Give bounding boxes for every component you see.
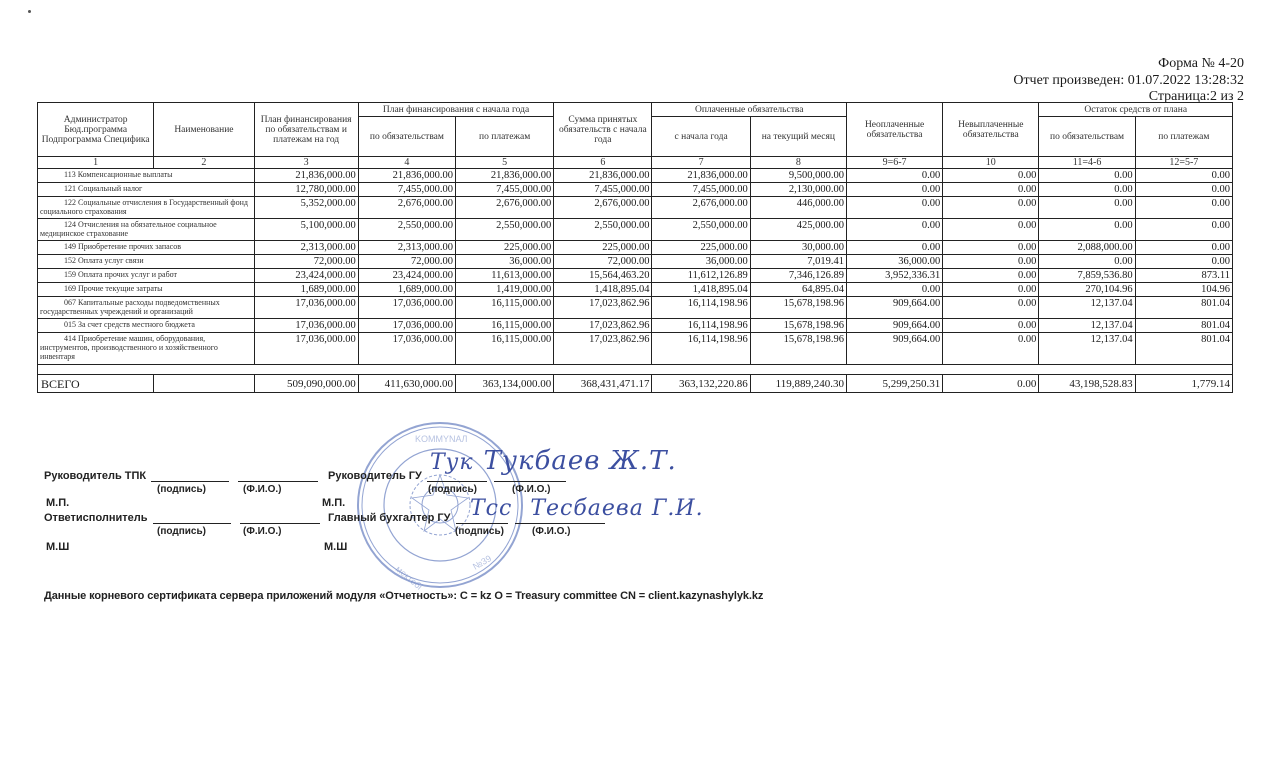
head-gu-fio-field bbox=[494, 481, 566, 482]
cell-value: 1,419,000.00 bbox=[456, 283, 554, 297]
cell-value: 2,088,000.00 bbox=[1039, 241, 1135, 255]
cell-value: 7,455,000.00 bbox=[456, 183, 554, 197]
cell-value: 104.96 bbox=[1135, 283, 1232, 297]
executor-label: Ответисполнитель bbox=[44, 512, 148, 524]
executor-msh: М.Ш bbox=[46, 541, 69, 553]
svg-text:мектебі: мектебі bbox=[394, 564, 424, 590]
chief-accountant-fio-field bbox=[515, 523, 605, 524]
cell-value: 16,114,198.96 bbox=[652, 319, 750, 333]
cell-value: 12,137.04 bbox=[1039, 319, 1135, 333]
head-tpk-mp: М.П. bbox=[46, 497, 69, 509]
total-label: ВСЕГО bbox=[38, 375, 154, 393]
header-name: Наименование bbox=[154, 103, 254, 157]
header-paid: Оплаченные обязательства bbox=[652, 103, 846, 117]
head-gu-fio-caption: (Ф.И.О.) bbox=[512, 484, 551, 495]
chief-accountant-sign-caption: (подпись) bbox=[455, 526, 504, 537]
cell-value: 7,019.41 bbox=[750, 255, 846, 269]
cell-value: 873.11 bbox=[1135, 269, 1232, 283]
cell-value: 0.00 bbox=[943, 169, 1039, 183]
chief-accountant-handwritten-signature: ТссТесбаева Г.И. bbox=[470, 496, 704, 521]
cell-value: 0.00 bbox=[846, 241, 942, 255]
head-gu-sign-caption: (подпись) bbox=[428, 484, 477, 495]
column-index: 5 bbox=[456, 157, 554, 169]
cell-value: 7,455,000.00 bbox=[358, 183, 455, 197]
header-plan-obligations: по обязательствам bbox=[358, 117, 455, 157]
cell-value: 5,100,000.00 bbox=[254, 219, 358, 241]
cell-value: 15,564,463.20 bbox=[554, 269, 652, 283]
cell-value: 21,836,000.00 bbox=[254, 169, 358, 183]
cell-value: 0.00 bbox=[943, 283, 1039, 297]
table-row: 159 Оплата прочих услуг и работ23,424,00… bbox=[38, 269, 1233, 283]
header-annual-plan: План финансирования по обязательствам и … bbox=[254, 103, 358, 157]
total-row: ВСЕГО509,090,000.00411,630,000.00363,134… bbox=[38, 375, 1233, 393]
column-index: 4 bbox=[358, 157, 455, 169]
cell-value: 15,678,198.96 bbox=[750, 333, 846, 365]
cell-value: 0.00 bbox=[1135, 219, 1232, 241]
cell-value: 17,036,000.00 bbox=[254, 319, 358, 333]
header-plan-payments: по платежам bbox=[456, 117, 554, 157]
cell-value: 446,000.00 bbox=[750, 197, 846, 219]
executor-signature-line: Ответисполнитель bbox=[44, 512, 320, 524]
header-paid-ytd: с начала года bbox=[652, 117, 750, 157]
header-paid-month: на текущий месяц bbox=[750, 117, 846, 157]
row-name: 124 Отчисления на обязательное социально… bbox=[38, 219, 255, 241]
cell-value: 0.00 bbox=[846, 169, 942, 183]
cell-value: 12,137.04 bbox=[1039, 333, 1135, 365]
row-name: 015 За счет средств местного бюджета bbox=[38, 319, 255, 333]
cell-value: 425,000.00 bbox=[750, 219, 846, 241]
total-value: 363,134,000.00 bbox=[456, 375, 554, 393]
cell-value: 2,550,000.00 bbox=[456, 219, 554, 241]
cell-value: 16,114,198.96 bbox=[652, 333, 750, 365]
cell-value: 0.00 bbox=[1039, 219, 1135, 241]
cell-value: 72,000.00 bbox=[358, 255, 455, 269]
svg-text:№39: №39 bbox=[471, 553, 493, 571]
cell-value: 2,676,000.00 bbox=[456, 197, 554, 219]
column-index-row: 123456789=6-71011=4-612=5-7 bbox=[38, 157, 1233, 169]
row-name: 122 Социальные отчисления в Государствен… bbox=[38, 197, 255, 219]
head-tpk-fio-field bbox=[238, 481, 318, 482]
total-value: 509,090,000.00 bbox=[254, 375, 358, 393]
total-value: 5,299,250.31 bbox=[846, 375, 942, 393]
executor-fio-caption: (Ф.И.О.) bbox=[243, 526, 282, 537]
cell-value: 3,952,336.31 bbox=[846, 269, 942, 283]
cell-value: 9,500,000.00 bbox=[750, 169, 846, 183]
cell-value: 36,000.00 bbox=[456, 255, 554, 269]
cell-value: 0.00 bbox=[943, 333, 1039, 365]
cell-value: 5,352,000.00 bbox=[254, 197, 358, 219]
row-name: 169 Прочие текущие затраты bbox=[38, 283, 255, 297]
cell-value: 0.00 bbox=[943, 319, 1039, 333]
cell-value: 72,000.00 bbox=[554, 255, 652, 269]
table-row: 122 Социальные отчисления в Государствен… bbox=[38, 197, 1233, 219]
total-value: 119,889,240.30 bbox=[750, 375, 846, 393]
header-rest-obligations: по обязательствам bbox=[1039, 117, 1135, 157]
cell-value: 0.00 bbox=[1039, 197, 1135, 219]
cell-value: 2,676,000.00 bbox=[358, 197, 455, 219]
cell-value: 0.00 bbox=[1135, 255, 1232, 269]
cell-value: 801.04 bbox=[1135, 333, 1232, 365]
table-row: 015 За счет средств местного бюджета17,0… bbox=[38, 319, 1233, 333]
cell-value: 36,000.00 bbox=[846, 255, 942, 269]
column-index: 6 bbox=[554, 157, 652, 169]
cell-value: 15,678,198.96 bbox=[750, 319, 846, 333]
column-index: 12=5-7 bbox=[1135, 157, 1232, 169]
cell-value: 2,313,000.00 bbox=[254, 241, 358, 255]
cell-value: 0.00 bbox=[943, 219, 1039, 241]
certificate-info: Данные корневого сертификата сервера при… bbox=[44, 590, 763, 602]
cell-value: 801.04 bbox=[1135, 297, 1232, 319]
column-index: 3 bbox=[254, 157, 358, 169]
total-name-empty bbox=[154, 375, 254, 393]
total-value: 0.00 bbox=[943, 375, 1039, 393]
total-value: 411,630,000.00 bbox=[358, 375, 455, 393]
scan-speck bbox=[28, 10, 31, 13]
cell-value: 15,678,198.96 bbox=[750, 297, 846, 319]
cell-value: 225,000.00 bbox=[652, 241, 750, 255]
column-index: 7 bbox=[652, 157, 750, 169]
cell-value: 909,664.00 bbox=[846, 319, 942, 333]
total-value: 1,779.14 bbox=[1135, 375, 1232, 393]
cell-value: 7,346,126.89 bbox=[750, 269, 846, 283]
table-row: 121 Социальный налог12,780,000.007,455,0… bbox=[38, 183, 1233, 197]
cell-value: 0.00 bbox=[1135, 183, 1232, 197]
cell-value: 0.00 bbox=[943, 255, 1039, 269]
header-unsettled: Невыплаченные обязательства bbox=[943, 103, 1039, 157]
cell-value: 2,676,000.00 bbox=[652, 197, 750, 219]
cell-value: 1,418,895.04 bbox=[554, 283, 652, 297]
row-name: 159 Оплата прочих услуг и работ bbox=[38, 269, 255, 283]
cell-value: 0.00 bbox=[1039, 169, 1135, 183]
cell-value: 36,000.00 bbox=[652, 255, 750, 269]
cell-value: 0.00 bbox=[1135, 241, 1232, 255]
cell-value: 0.00 bbox=[846, 283, 942, 297]
cell-value: 0.00 bbox=[846, 219, 942, 241]
cell-value: 11,613,000.00 bbox=[456, 269, 554, 283]
cell-value: 2,676,000.00 bbox=[554, 197, 652, 219]
chief-accountant-label: Главный бухгалтер ГУ bbox=[328, 512, 450, 524]
executor-fio-field bbox=[240, 523, 320, 524]
head-tpk-sign-caption: (подпись) bbox=[157, 484, 206, 495]
cell-value: 17,036,000.00 bbox=[358, 333, 455, 365]
head-gu-sign-field bbox=[427, 481, 487, 482]
cell-value: 0.00 bbox=[1039, 183, 1135, 197]
total-value: 363,132,220.86 bbox=[652, 375, 750, 393]
head-gu-mp: М.П. bbox=[322, 497, 345, 509]
svg-text:KOMMYNAЛ: KOMMYNAЛ bbox=[415, 434, 468, 444]
cell-value: 72,000.00 bbox=[254, 255, 358, 269]
cell-value: 1,689,000.00 bbox=[254, 283, 358, 297]
total-value: 43,198,528.83 bbox=[1039, 375, 1135, 393]
cell-value: 16,114,198.96 bbox=[652, 297, 750, 319]
column-index: 1 bbox=[38, 157, 154, 169]
cell-value: 0.00 bbox=[1135, 197, 1232, 219]
cell-value: 0.00 bbox=[943, 197, 1039, 219]
cell-value: 0.00 bbox=[943, 297, 1039, 319]
cell-value: 12,137.04 bbox=[1039, 297, 1135, 319]
chief-accountant-sign-field bbox=[456, 523, 508, 524]
spacer-row bbox=[38, 365, 1233, 375]
cell-value: 0.00 bbox=[846, 183, 942, 197]
head-tpk-label: Руководитель ТПК bbox=[44, 470, 146, 482]
row-name: 149 Приобретение прочих запасов bbox=[38, 241, 255, 255]
cell-value: 7,859,536.80 bbox=[1039, 269, 1135, 283]
header-accepted: Сумма принятых обязательств с начала год… bbox=[554, 103, 652, 157]
cell-value: 2,550,000.00 bbox=[358, 219, 455, 241]
cell-value: 270,104.96 bbox=[1039, 283, 1135, 297]
cell-value: 12,780,000.00 bbox=[254, 183, 358, 197]
table-row: 149 Приобретение прочих запасов2,313,000… bbox=[38, 241, 1233, 255]
cell-value: 801.04 bbox=[1135, 319, 1232, 333]
head-tpk-fio-caption: (Ф.И.О.) bbox=[243, 484, 282, 495]
row-name: 152 Оплата услуг связи bbox=[38, 255, 255, 269]
cell-value: 21,836,000.00 bbox=[554, 169, 652, 183]
cell-value: 2,313,000.00 bbox=[358, 241, 455, 255]
cell-value: 225,000.00 bbox=[456, 241, 554, 255]
cell-value: 2,130,000.00 bbox=[750, 183, 846, 197]
column-index: 2 bbox=[154, 157, 254, 169]
column-index: 11=4-6 bbox=[1039, 157, 1135, 169]
cell-value: 7,455,000.00 bbox=[554, 183, 652, 197]
cell-value: 2,550,000.00 bbox=[652, 219, 750, 241]
cell-value: 17,023,862.96 bbox=[554, 333, 652, 365]
cell-value: 16,115,000.00 bbox=[456, 333, 554, 365]
row-name: 113 Компенсационные выплаты bbox=[38, 169, 255, 183]
head-tpk-sign-field bbox=[151, 481, 229, 482]
table-row: 169 Прочие текущие затраты1,689,000.001,… bbox=[38, 283, 1233, 297]
header-rest-payments: по платежам bbox=[1135, 117, 1232, 157]
cell-value: 21,836,000.00 bbox=[358, 169, 455, 183]
cell-value: 1,418,895.04 bbox=[652, 283, 750, 297]
head-tpk-signature-line: Руководитель ТПК bbox=[44, 470, 318, 482]
cell-value: 0.00 bbox=[846, 197, 942, 219]
header-admin: Администратор Бюд.программа Подпрограмма… bbox=[38, 103, 154, 157]
cell-value: 30,000.00 bbox=[750, 241, 846, 255]
header-plan-ytd: План финансирования с начала года bbox=[358, 103, 553, 117]
cell-value: 17,036,000.00 bbox=[254, 297, 358, 319]
row-name: 067 Капитальные расходы подведомственных… bbox=[38, 297, 255, 319]
table-row: 414 Приобретение машин, оборудования, ин… bbox=[38, 333, 1233, 365]
cell-value: 21,836,000.00 bbox=[652, 169, 750, 183]
row-name: 121 Социальный налог bbox=[38, 183, 255, 197]
chief-accountant-fio-caption: (Ф.И.О.) bbox=[532, 526, 571, 537]
chief-accountant-msh: М.Ш bbox=[324, 541, 347, 553]
executor-sign-caption: (подпись) bbox=[157, 526, 206, 537]
cell-value: 23,424,000.00 bbox=[358, 269, 455, 283]
table-row: 124 Отчисления на обязательное социально… bbox=[38, 219, 1233, 241]
table-row: 152 Оплата услуг связи72,000.0072,000.00… bbox=[38, 255, 1233, 269]
column-index: 8 bbox=[750, 157, 846, 169]
cell-value: 2,550,000.00 bbox=[554, 219, 652, 241]
cell-value: 21,836,000.00 bbox=[456, 169, 554, 183]
cell-value: 17,023,862.96 bbox=[554, 297, 652, 319]
column-index: 10 bbox=[943, 157, 1039, 169]
report-table: Администратор Бюд.программа Подпрограмма… bbox=[37, 102, 1233, 393]
cell-value: 0.00 bbox=[943, 241, 1039, 255]
cell-value: 23,424,000.00 bbox=[254, 269, 358, 283]
cell-value: 11,612,126.89 bbox=[652, 269, 750, 283]
cell-value: 909,664.00 bbox=[846, 333, 942, 365]
cell-value: 64,895.04 bbox=[750, 283, 846, 297]
cell-value: 0.00 bbox=[1135, 169, 1232, 183]
cell-value: 0.00 bbox=[943, 183, 1039, 197]
row-name: 414 Приобретение машин, оборудования, ин… bbox=[38, 333, 255, 365]
table-row: 113 Компенсационные выплаты21,836,000.00… bbox=[38, 169, 1233, 183]
cell-value: 7,455,000.00 bbox=[652, 183, 750, 197]
cell-value: 17,023,862.96 bbox=[554, 319, 652, 333]
table-row: 067 Капитальные расходы подведомственных… bbox=[38, 297, 1233, 319]
cell-value: 17,036,000.00 bbox=[254, 333, 358, 365]
header-unpaid: Неоплаченные обязательства bbox=[846, 103, 942, 157]
cell-value: 16,115,000.00 bbox=[456, 319, 554, 333]
cell-value: 0.00 bbox=[943, 269, 1039, 283]
cell-value: 16,115,000.00 bbox=[456, 297, 554, 319]
cell-value: 909,664.00 bbox=[846, 297, 942, 319]
executor-sign-field bbox=[153, 523, 231, 524]
cell-value: 17,036,000.00 bbox=[358, 319, 455, 333]
report-generated: Отчет произведен: 01.07.2022 13:28:32 bbox=[1013, 73, 1244, 88]
header-remaining: Остаток средств от плана bbox=[1039, 103, 1233, 117]
cell-value: 1,689,000.00 bbox=[358, 283, 455, 297]
cell-value: 0.00 bbox=[1039, 255, 1135, 269]
cell-value: 225,000.00 bbox=[554, 241, 652, 255]
form-number: Форма № 4-20 bbox=[1158, 56, 1244, 71]
head-gu-label: Руководитель ГУ bbox=[328, 470, 422, 482]
total-value: 368,431,471.17 bbox=[554, 375, 652, 393]
head-gu-handwritten-signature: ТукТукбаев Ж.Т. bbox=[430, 446, 677, 476]
column-index: 9=6-7 bbox=[846, 157, 942, 169]
cell-value: 17,036,000.00 bbox=[358, 297, 455, 319]
